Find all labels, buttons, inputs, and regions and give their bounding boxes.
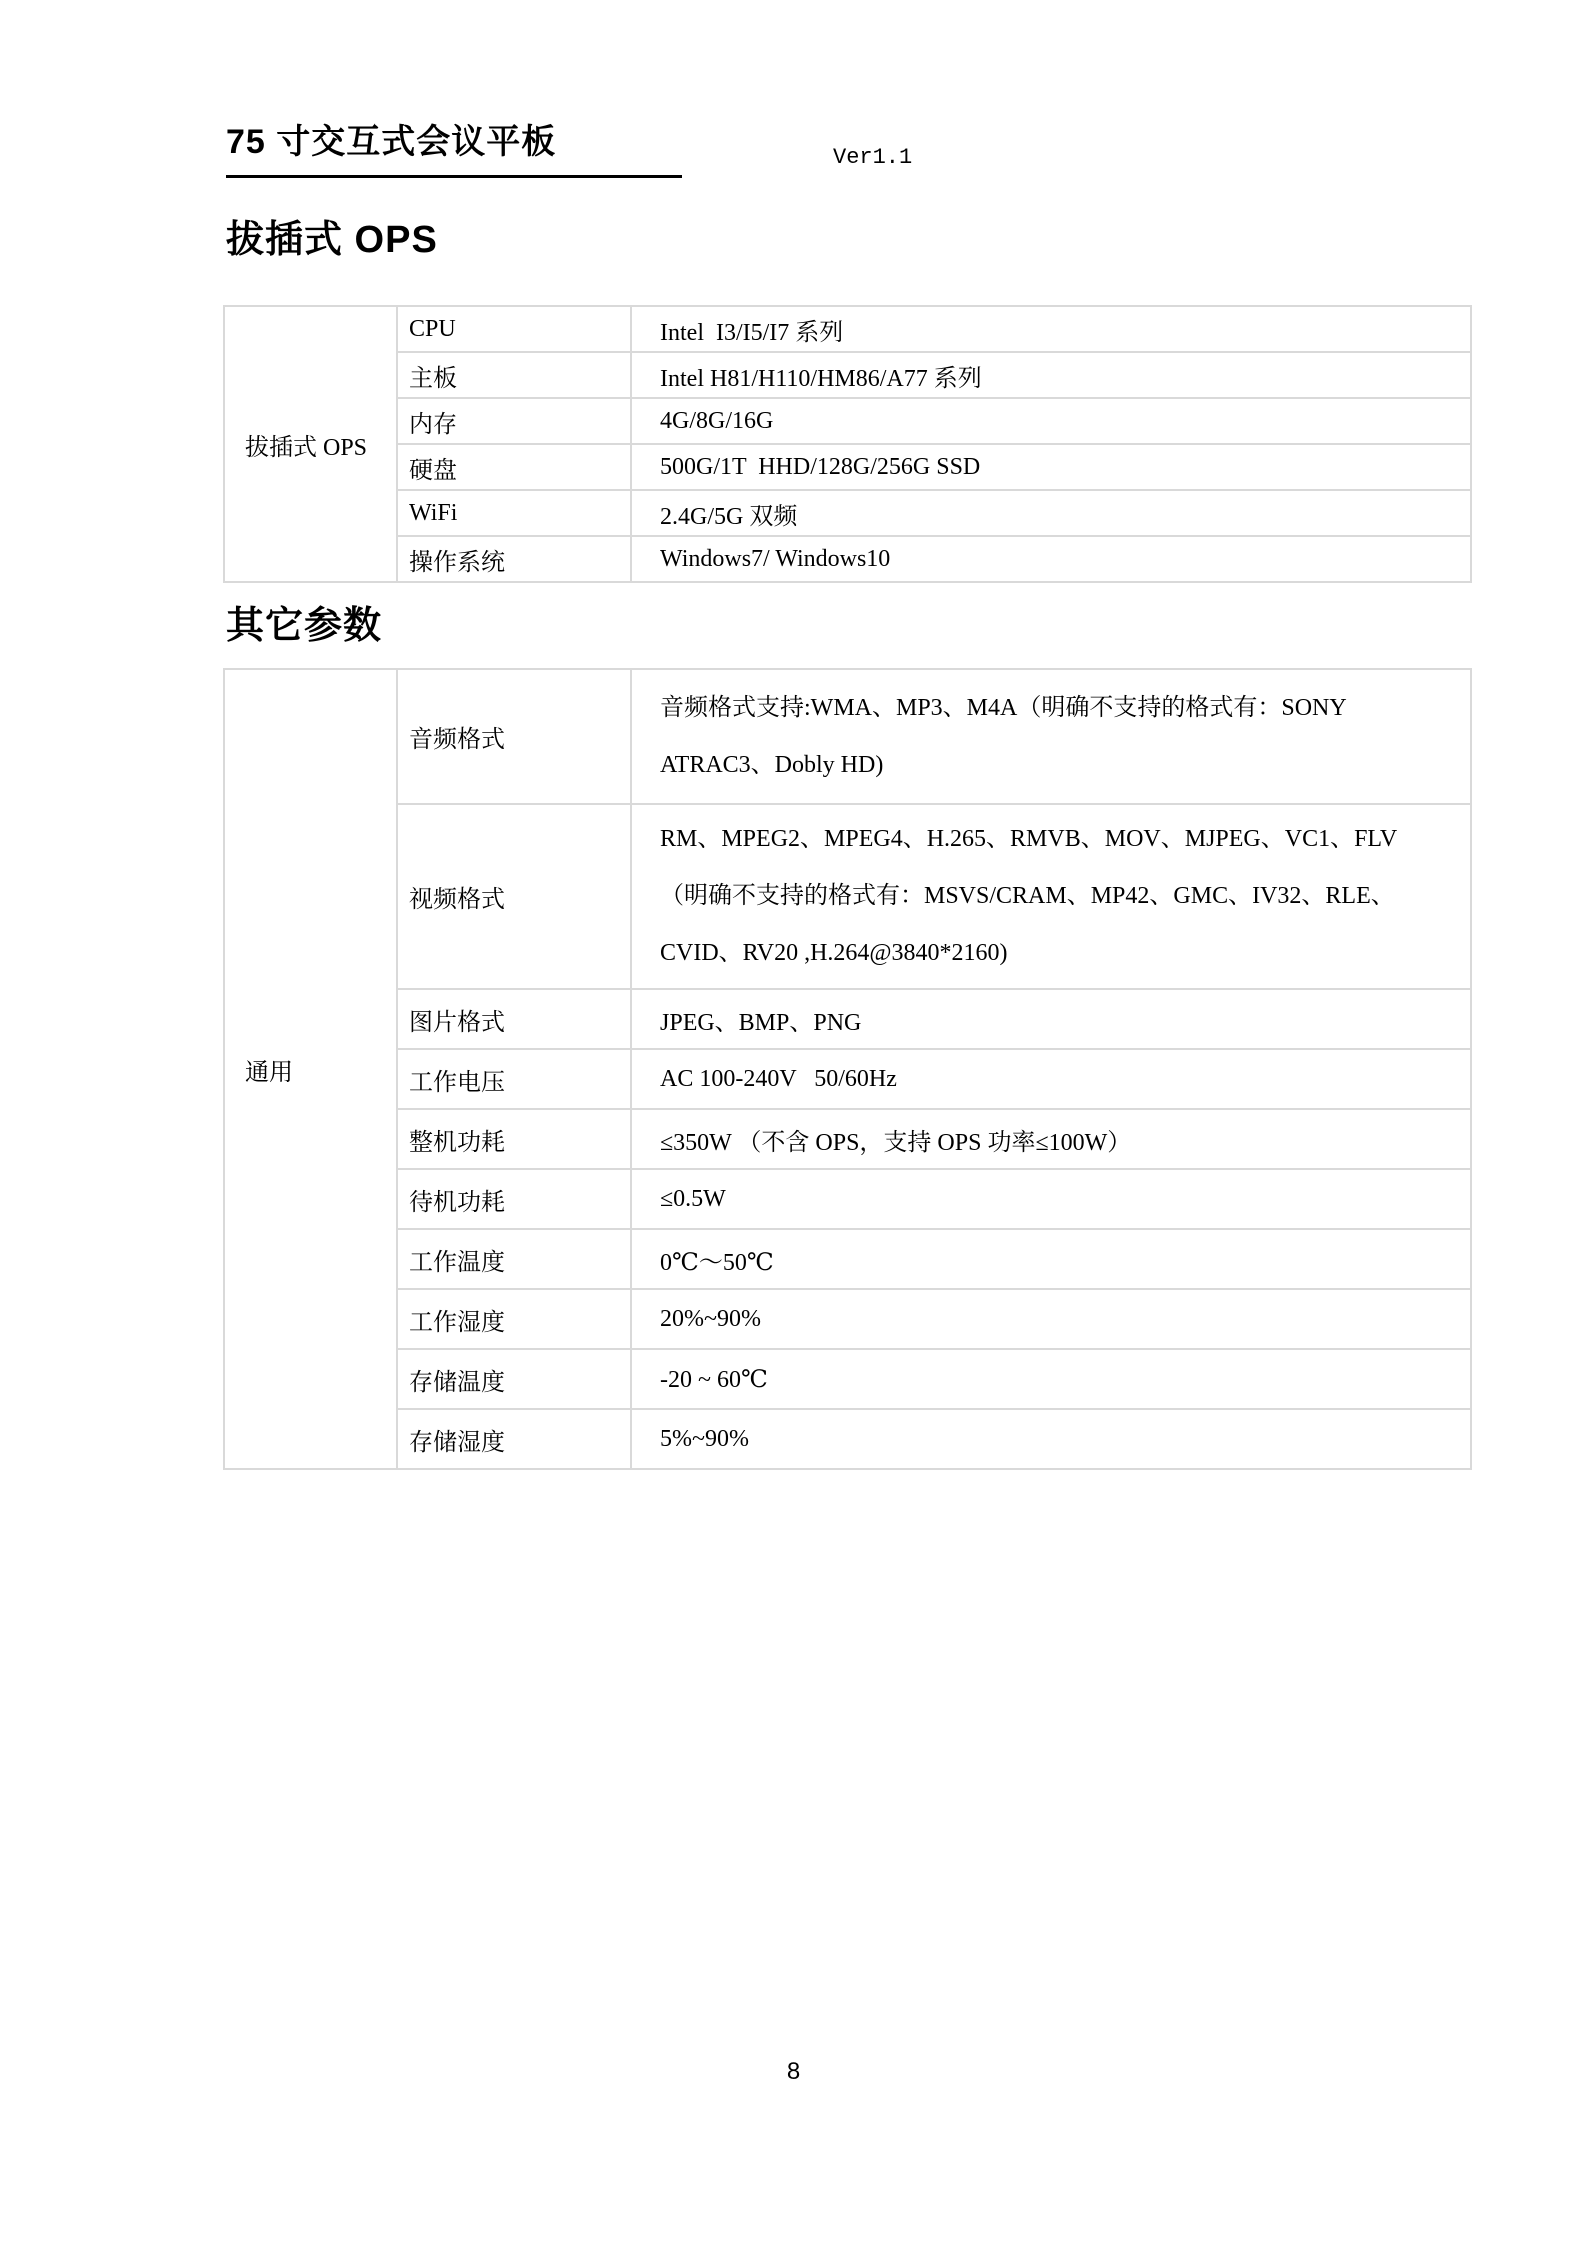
table-row: 通用 音频格式 音频格式支持:WMA、MP3、M4A（明确不支持的格式有：SON… <box>224 669 1471 804</box>
row-label: 图片格式 <box>397 989 631 1049</box>
row-value: ≤350W （不含 OPS，支持 OPS 功率≤100W） <box>631 1109 1471 1169</box>
table-row: 待机功耗 ≤0.5W <box>224 1169 1471 1229</box>
table-row: 存储温度 -20 ~ 60℃ <box>224 1349 1471 1409</box>
section-heading-other: 其它参数 <box>226 594 382 649</box>
table-row: 拔插式 OPS CPU Intel I3/I5/I7 系列 <box>224 306 1471 352</box>
table-row: 图片格式 JPEG、BMP、PNG <box>224 989 1471 1049</box>
row-value: ≤0.5W <box>631 1169 1471 1229</box>
table-row: 存储湿度 5%~90% <box>224 1409 1471 1469</box>
row-label: 主板 <box>397 352 631 398</box>
row-value: Intel H81/H110/HM86/A77 系列 <box>631 352 1471 398</box>
row-label: 工作湿度 <box>397 1289 631 1349</box>
row-value: 2.4G/5G 双频 <box>631 490 1471 536</box>
row-label: 硬盘 <box>397 444 631 490</box>
row-value: 5%~90% <box>631 1409 1471 1469</box>
table-row: 整机功耗 ≤350W （不含 OPS，支持 OPS 功率≤100W） <box>224 1109 1471 1169</box>
table-row: 操作系统 Windows7/ Windows10 <box>224 536 1471 582</box>
row-label: 工作温度 <box>397 1229 631 1289</box>
table-row: 工作湿度 20%~90% <box>224 1289 1471 1349</box>
table-row: 工作电压 AC 100-240V 50/60Hz <box>224 1049 1471 1109</box>
row-value: 0℃～50℃ <box>631 1229 1471 1289</box>
table-row: WiFi 2.4G/5G 双频 <box>224 490 1471 536</box>
document-page: 75 寸交互式会议平板 Ver1.1 拔插式 OPS 拔插式 OPS CPU I… <box>0 0 1587 2245</box>
ops-spec-table: 拔插式 OPS CPU Intel I3/I5/I7 系列 主板 Intel H… <box>223 305 1472 583</box>
row-label: 音频格式 <box>397 669 631 804</box>
row-label: 工作电压 <box>397 1049 631 1109</box>
row-value: 音频格式支持:WMA、MP3、M4A（明确不支持的格式有：SONY ATRAC3… <box>631 669 1471 804</box>
row-value: 500G/1T HHD/128G/256G SSD <box>631 444 1471 490</box>
title-underline <box>226 175 682 178</box>
version-label: Ver1.1 <box>833 145 912 170</box>
row-label: WiFi <box>397 490 631 536</box>
page-title: 75 寸交互式会议平板 <box>226 114 556 163</box>
row-value: 4G/8G/16G <box>631 398 1471 444</box>
row-label: 存储湿度 <box>397 1409 631 1469</box>
row-label: 操作系统 <box>397 536 631 582</box>
table-row: 内存 4G/8G/16G <box>224 398 1471 444</box>
row-label: 待机功耗 <box>397 1169 631 1229</box>
row-value: 20%~90% <box>631 1289 1471 1349</box>
row-label: 存储温度 <box>397 1349 631 1409</box>
general-spec-table: 通用 音频格式 音频格式支持:WMA、MP3、M4A（明确不支持的格式有：SON… <box>223 668 1472 1470</box>
row-label: CPU <box>397 306 631 352</box>
page-number: 8 <box>0 2058 1587 2086</box>
row-value: JPEG、BMP、PNG <box>631 989 1471 1049</box>
group-label-cell: 通用 <box>224 669 397 1469</box>
row-value: RM、MPEG2、MPEG4、H.265、RMVB、MOV、MJPEG、VC1、… <box>631 804 1471 989</box>
table-row: 工作温度 0℃～50℃ <box>224 1229 1471 1289</box>
row-label: 内存 <box>397 398 631 444</box>
row-value: Intel I3/I5/I7 系列 <box>631 306 1471 352</box>
section-heading-ops: 拔插式 OPS <box>226 208 438 263</box>
group-label-cell: 拔插式 OPS <box>224 306 397 582</box>
table-row: 视频格式 RM、MPEG2、MPEG4、H.265、RMVB、MOV、MJPEG… <box>224 804 1471 989</box>
row-value: Windows7/ Windows10 <box>631 536 1471 582</box>
row-label: 整机功耗 <box>397 1109 631 1169</box>
table-row: 硬盘 500G/1T HHD/128G/256G SSD <box>224 444 1471 490</box>
row-label: 视频格式 <box>397 804 631 989</box>
table-row: 主板 Intel H81/H110/HM86/A77 系列 <box>224 352 1471 398</box>
row-value: -20 ~ 60℃ <box>631 1349 1471 1409</box>
row-value: AC 100-240V 50/60Hz <box>631 1049 1471 1109</box>
